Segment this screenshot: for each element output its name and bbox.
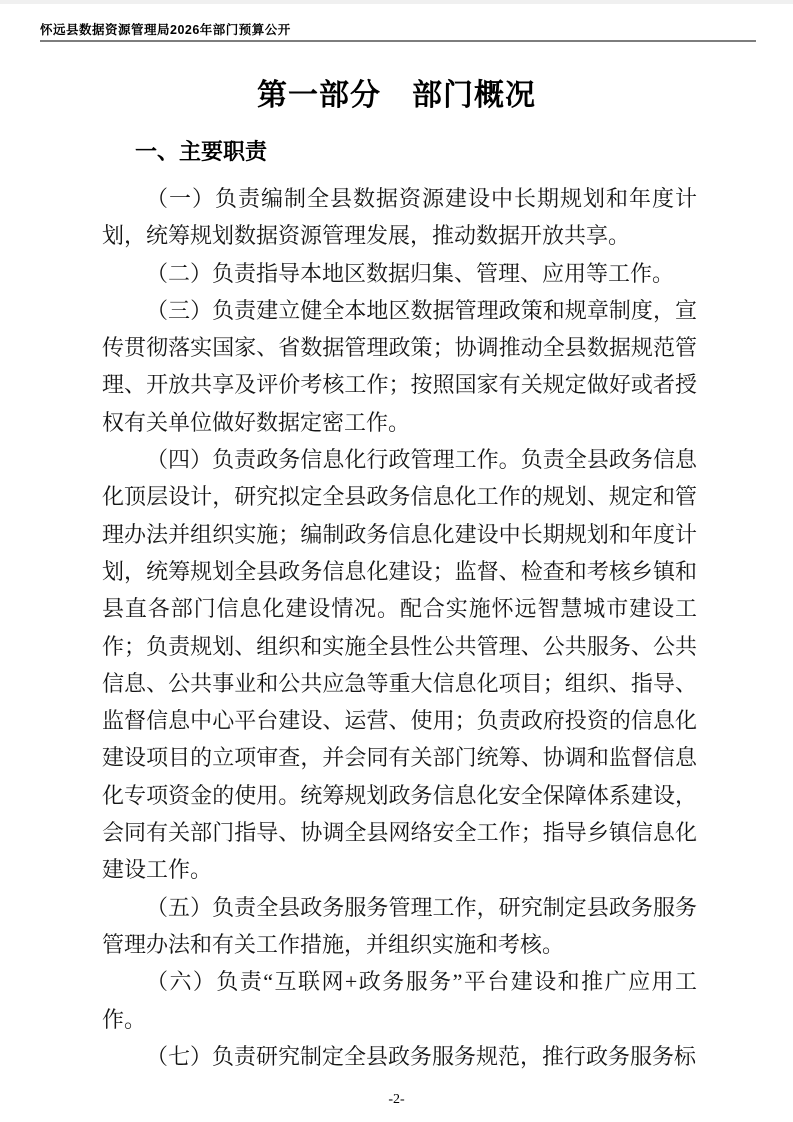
duty-paragraph-5: （五）负责全县政务服务管理工作，研究制定县政务服务管理办法和有关工作措施，并组织…: [102, 889, 697, 964]
duty-paragraph-3: （三）负责建立健全本地区数据管理政策和规章制度，宣传贯彻落实国家、省数据管理政策…: [102, 292, 697, 441]
page-edge-shadow: [0, 0, 793, 4]
document-title: 第一部分 部门概况: [0, 79, 793, 113]
duty-paragraph-2: （二）负责指导本地区数据归集、管理、应用等工作。: [102, 255, 697, 292]
duty-paragraph-1: （一）负责编制全县数据资源建设中长期规划和年度计划，统筹规划数据资源管理发展，推…: [102, 180, 697, 255]
duty-paragraph-4: （四）负责政务信息化行政管理工作。负责全县政务信息化顶层设计，研究拟定全县政务信…: [102, 441, 697, 889]
duty-paragraph-7: （七）负责研究制定全县政务服务规范，推行政务服务标: [102, 1038, 697, 1075]
document-body: 一、主要职责 （一）负责编制全县数据资源建设中长期规划和年度计划，统筹规划数据资…: [102, 139, 697, 1075]
section-heading-main-duties: 一、主要职责: [135, 139, 697, 165]
duty-paragraph-6: （六）负责“互联网+政务服务”平台建设和推广应用工作。: [102, 963, 697, 1038]
document-page: 怀远县数据资源管理局2026年部门预算公开 第一部分 部门概况 一、主要职责 （…: [0, 0, 793, 1122]
page-number: -2-: [0, 1092, 793, 1108]
header-divider-line: [40, 40, 756, 42]
page-header-text: 怀远县数据资源管理局2026年部门预算公开: [40, 20, 291, 38]
